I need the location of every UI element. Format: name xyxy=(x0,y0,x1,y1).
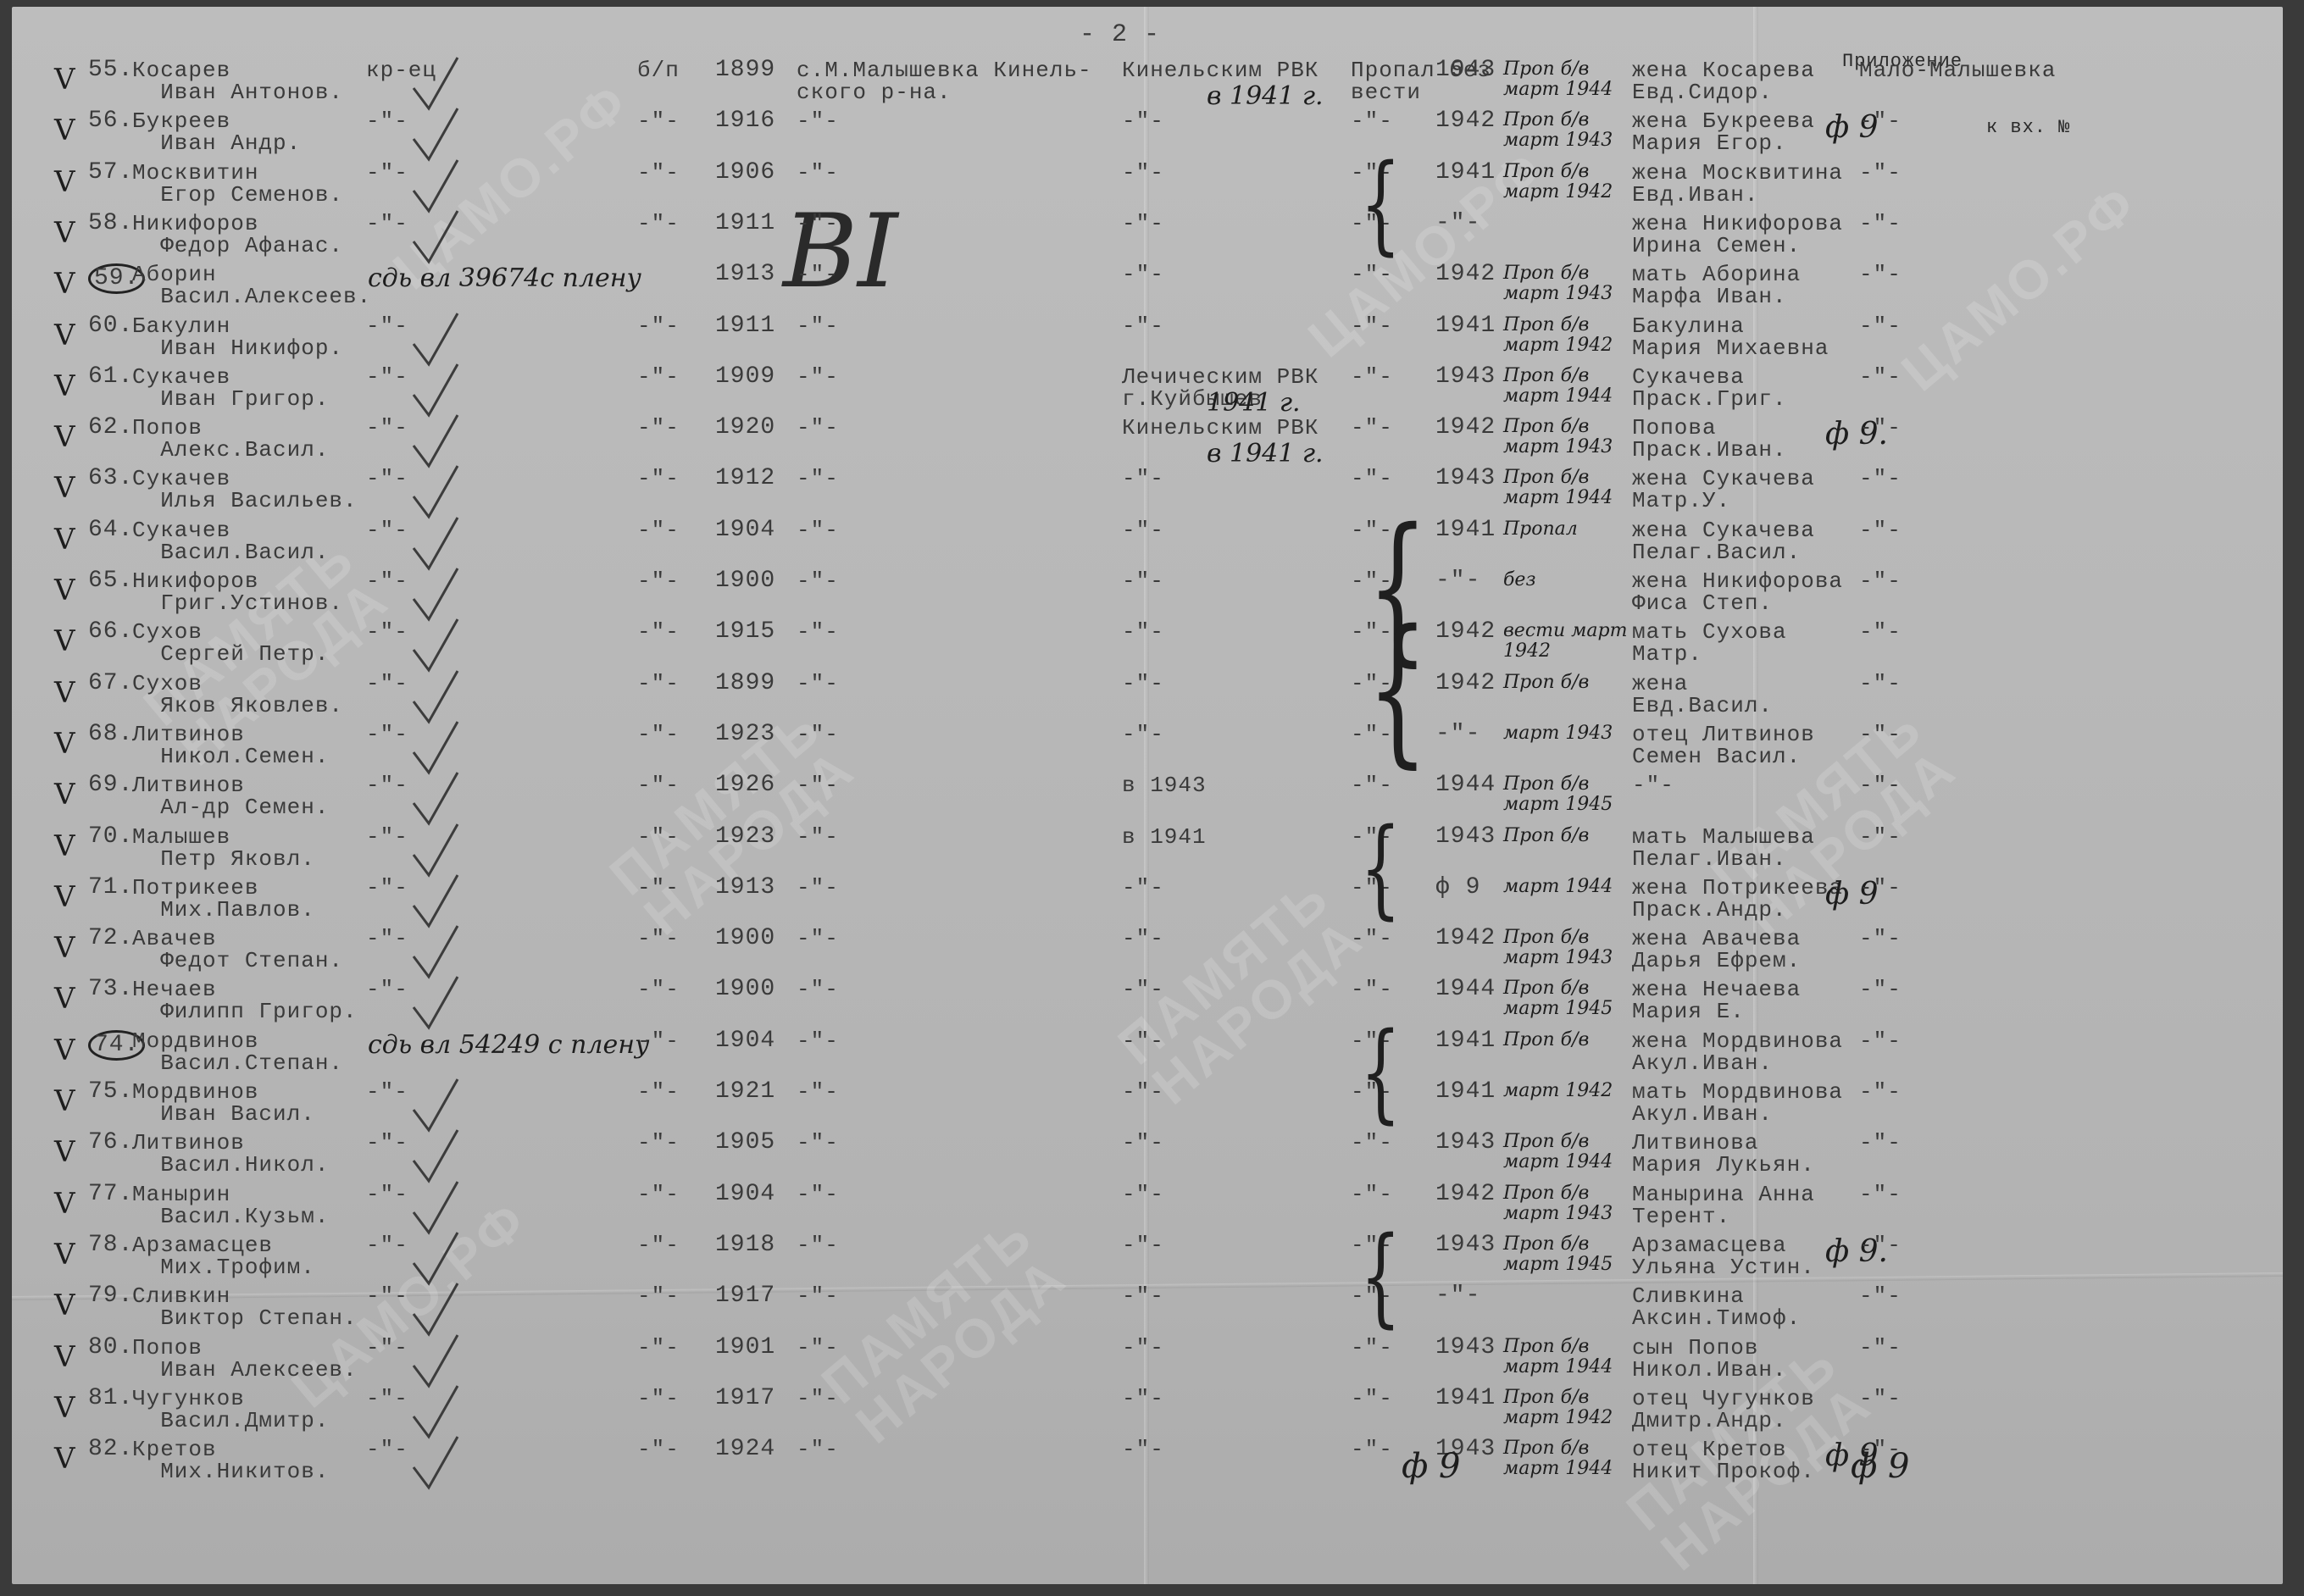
draft-office: Кинельским РВК xyxy=(1122,417,1319,439)
draft-office: -"- xyxy=(1122,1337,1164,1359)
row-number: 78. xyxy=(88,1234,133,1256)
kin-village: -"- xyxy=(1859,1337,1901,1359)
draft-office: -"- xyxy=(1122,1438,1164,1460)
missing-year: 1943 xyxy=(1435,1132,1496,1154)
kin-village: -"- xyxy=(1859,315,1901,337)
draft-year-note: в 1941 г. xyxy=(1207,81,1324,111)
handwritten-status-note: без xyxy=(1503,570,1630,590)
soldier-name: Авачев Федот Степан. xyxy=(132,928,343,972)
social-status: -"- xyxy=(366,1388,408,1410)
missing-status: -"- xyxy=(1351,110,1393,132)
row-number: 58. xyxy=(88,213,133,235)
birthplace: -"- xyxy=(797,978,839,1000)
birth-year: 1915 xyxy=(715,621,775,643)
draft-office: в 1943 xyxy=(1122,774,1207,796)
review-mark: V xyxy=(54,931,75,965)
draft-office: -"- xyxy=(1122,162,1164,184)
soldier-name: Литвинов Васил.Никол. xyxy=(132,1132,329,1176)
draft-office: -"- xyxy=(1122,263,1164,285)
soldier-name: Кретов Мих.Никитов. xyxy=(132,1438,329,1482)
birth-year: 1900 xyxy=(715,928,775,950)
birthplace: -"- xyxy=(797,315,839,337)
soldier-name: Бакулин Иван Никифор. xyxy=(132,315,343,359)
draft-office: -"- xyxy=(1122,621,1164,643)
soldier-name: Литвинов Никол.Семен. xyxy=(132,723,329,768)
kin-village: -"- xyxy=(1859,519,1901,541)
soldier-name: Сухов Сергей Петр. xyxy=(132,621,329,665)
draft-office: -"- xyxy=(1122,519,1164,541)
row-number: 63. xyxy=(88,468,133,490)
footer-note: ф 9 xyxy=(1402,1447,1460,1486)
draft-office: -"- xyxy=(1122,673,1164,695)
missing-year: 1943 xyxy=(1435,826,1496,848)
social-status: -"- xyxy=(366,213,408,235)
kin-village: -"- xyxy=(1859,366,1901,388)
missing-year: 1943 xyxy=(1435,1337,1496,1359)
birthplace: -"- xyxy=(797,877,839,899)
missing-year: 1941 xyxy=(1435,1030,1496,1052)
table-row: V77.Манырин Васил.Кузьм.-"--"-1904-"--"-… xyxy=(12,1183,2283,1234)
table-row: V73.Нечаев Филипп Григор.-"--"-1900-"--"… xyxy=(12,978,2283,1029)
birth-year: 1904 xyxy=(715,519,775,541)
review-mark: V xyxy=(54,267,75,301)
social-status: -"- xyxy=(366,673,408,695)
social-status: -"- xyxy=(366,928,408,950)
missing-year: 1941 xyxy=(1435,1388,1496,1410)
handwritten-status-note: Проп б/в март 1944 xyxy=(1503,1337,1630,1377)
soldier-name: Сукачев Иван Григор. xyxy=(132,366,329,410)
party-status: -"- xyxy=(637,366,680,388)
draft-office: -"- xyxy=(1122,110,1164,132)
next-of-kin: мать Аборина Марфа Иван. xyxy=(1632,263,1801,308)
row-number: 55. xyxy=(88,59,133,81)
row-number: 56. xyxy=(88,110,133,132)
draft-office: -"- xyxy=(1122,315,1164,337)
social-status: -"- xyxy=(366,1285,408,1307)
kin-village: -"- xyxy=(1859,826,1901,848)
birthplace: -"- xyxy=(797,928,839,950)
social-status: -"- xyxy=(366,1234,408,1256)
party-status: -"- xyxy=(637,315,680,337)
birthplace: -"- xyxy=(797,1438,839,1460)
birth-year: 1917 xyxy=(715,1285,775,1307)
group-brace: { xyxy=(1360,1018,1401,1126)
social-status: -"- xyxy=(366,417,408,439)
kin-village: -"- xyxy=(1859,263,1901,285)
missing-status: -"- xyxy=(1351,978,1393,1000)
draft-year-note: в 1941 г. xyxy=(1207,439,1324,468)
soldier-name: Косарев Иван Антонов. xyxy=(132,59,343,103)
table-row: V71.Потрикеев Мих.Павлов.-"--"-1913-"--"… xyxy=(12,877,2283,928)
birthplace: -"- xyxy=(797,468,839,490)
next-of-kin: Литвинова Мария Лукьян. xyxy=(1632,1132,1815,1176)
party-status: -"- xyxy=(637,1388,680,1410)
soldier-name: Москвитин Егор Семенов. xyxy=(132,162,343,206)
missing-status: -"- xyxy=(1351,928,1393,950)
social-status: -"- xyxy=(366,1337,408,1359)
review-mark: V xyxy=(54,165,75,199)
draft-office: -"- xyxy=(1122,1183,1164,1205)
missing-year: 1941 xyxy=(1435,519,1496,541)
party-status: -"- xyxy=(637,1337,680,1359)
row-number: 70. xyxy=(88,826,133,848)
next-of-kin: Сливкина Аксин.Тимоф. xyxy=(1632,1285,1801,1329)
soldier-name: Сукачев Васил.Васил. xyxy=(132,519,329,563)
kin-village: -"- xyxy=(1859,110,1901,132)
missing-year: 1942 xyxy=(1435,928,1496,950)
review-mark: V xyxy=(54,369,75,403)
next-of-kin: мать Малышева Пелаг.Иван. xyxy=(1632,826,1815,870)
handwritten-status-note: Проп б/в xyxy=(1503,1030,1630,1050)
row-number: 67. xyxy=(88,673,133,695)
birthplace: -"- xyxy=(797,1030,839,1052)
row-number: 82. xyxy=(88,1438,133,1460)
review-mark: V xyxy=(54,1034,75,1067)
table-row: V80.Попов Иван Алексеев.-"--"-1901-"--"-… xyxy=(12,1337,2283,1388)
social-status: -"- xyxy=(366,570,408,592)
next-of-kin: жена Потрикеева Праск.Андр. xyxy=(1632,877,1843,921)
row-number: 81. xyxy=(88,1388,133,1410)
kin-village: -"- xyxy=(1859,468,1901,490)
next-of-kin: жена Косарева Евд.Сидор. xyxy=(1632,59,1815,103)
kin-village: -"- xyxy=(1859,1132,1901,1154)
soldier-name: Никифоров Григ.Устинов. xyxy=(132,570,343,614)
missing-year: 1942 xyxy=(1435,263,1496,285)
table-row: V61.Сукачев Иван Григор.-"--"-1909-"-Леч… xyxy=(12,366,2283,417)
review-mark: V xyxy=(54,114,75,147)
row-number: 75. xyxy=(88,1081,133,1103)
review-mark: V xyxy=(54,1238,75,1272)
birth-year: 1900 xyxy=(715,978,775,1000)
table-row: V66.Сухов Сергей Петр.-"--"-1915-"--"--"… xyxy=(12,621,2283,672)
next-of-kin: мать Сухова Матр. xyxy=(1632,621,1787,665)
next-of-kin: отец Литвинов Семен Васил. xyxy=(1632,723,1815,768)
soldier-name: Мордвинов Иван Васил. xyxy=(132,1081,315,1125)
table-row: V70.Малышев Петр Яковл.-"--"-1923-"-в 19… xyxy=(12,826,2283,877)
handwritten-status-note: март 1942 xyxy=(1503,1081,1630,1101)
handwritten-status-note: Проп б/в март 1943 xyxy=(1503,263,1630,304)
birthplace: -"- xyxy=(797,366,839,388)
table-row: V78.Арзамасцев Мих.Трофим.-"--"-1918-"--… xyxy=(12,1234,2283,1285)
handwritten-status-note: март 1944 xyxy=(1503,877,1630,897)
next-of-kin: Манырина Анна Терент. xyxy=(1632,1183,1815,1227)
handwritten-status-note: Проп б/в март 1944 xyxy=(1503,468,1630,508)
social-status: -"- xyxy=(366,877,408,899)
kin-village: -"- xyxy=(1859,621,1901,643)
birth-year: 1911 xyxy=(715,213,775,235)
birth-year: 1916 xyxy=(715,110,775,132)
birthplace: -"- xyxy=(797,1132,839,1154)
party-status: -"- xyxy=(637,673,680,695)
table-row: V68.Литвинов Никол.Семен.-"--"-1923-"--"… xyxy=(12,723,2283,774)
soldier-name: Сукачев Илья Васильев. xyxy=(132,468,358,512)
review-mark: V xyxy=(54,624,75,658)
kin-village: -"- xyxy=(1859,1030,1901,1052)
row-number: 60. xyxy=(88,315,133,337)
review-mark: V xyxy=(54,216,75,250)
review-mark: V xyxy=(54,1391,75,1425)
table-row: V63.Сукачев Илья Васильев.-"--"-1912-"--… xyxy=(12,468,2283,518)
social-status: -"- xyxy=(366,110,408,132)
soldier-name: Нечаев Филипп Григор. xyxy=(132,978,358,1022)
party-status: -"- xyxy=(637,417,680,439)
party-status: -"- xyxy=(637,877,680,899)
row-number: 65. xyxy=(88,570,133,592)
party-status: -"- xyxy=(637,570,680,592)
table-row: V72.Авачев Федот Степан.-"--"-1900-"--"-… xyxy=(12,928,2283,978)
missing-year: 1942 xyxy=(1435,673,1496,695)
review-mark: V xyxy=(54,676,75,710)
review-mark: V xyxy=(54,420,75,454)
draft-office: -"- xyxy=(1122,1285,1164,1307)
social-status: -"- xyxy=(366,162,408,184)
birthplace: -"- xyxy=(797,621,839,643)
kin-village: -"- xyxy=(1859,673,1901,695)
missing-year: 1942 xyxy=(1435,110,1496,132)
social-status: -"- xyxy=(366,1183,408,1205)
birthplace: -"- xyxy=(797,1388,839,1410)
birth-year: 1918 xyxy=(715,1234,775,1256)
row-number: 64. xyxy=(88,519,133,541)
birthplace: -"- xyxy=(797,519,839,541)
missing-year: 1943 xyxy=(1435,468,1496,490)
missing-year: 1943 xyxy=(1435,366,1496,388)
birth-year: 1913 xyxy=(715,877,775,899)
party-status: -"- xyxy=(637,1438,680,1460)
table-row: V76.Литвинов Васил.Никол.-"--"-1905-"--"… xyxy=(12,1132,2283,1183)
missing-year: 1941 xyxy=(1435,1081,1496,1103)
missing-status: -"- xyxy=(1351,315,1393,337)
handwritten-status-note: Проп б/в март 1944 xyxy=(1503,59,1630,100)
kin-village: -"- xyxy=(1859,570,1901,592)
social-status: -"- xyxy=(366,1438,408,1460)
table-row: V59.Аборин Васил.Алексеев.сдь вл 39674с … xyxy=(12,263,2283,314)
kin-village: -"- xyxy=(1859,1081,1901,1103)
birth-year: 1921 xyxy=(715,1081,775,1103)
draft-office: -"- xyxy=(1122,1388,1164,1410)
social-status: -"- xyxy=(366,621,408,643)
next-of-kin: жена Авачева Дарья Ефрем. xyxy=(1632,928,1801,972)
kin-village: -"- xyxy=(1859,162,1901,184)
row-number: 68. xyxy=(88,723,133,745)
missing-status: -"- xyxy=(1351,1337,1393,1359)
review-mark: V xyxy=(54,1288,75,1322)
missing-year: -"- xyxy=(1435,723,1480,745)
party-status: -"- xyxy=(637,519,680,541)
row-number: 76. xyxy=(88,1132,133,1154)
review-mark: V xyxy=(54,523,75,557)
birthplace: -"- xyxy=(797,110,839,132)
social-status: -"- xyxy=(366,978,408,1000)
birth-year: 1923 xyxy=(715,723,775,745)
row-number: 72. xyxy=(88,928,133,950)
kin-village: -"- xyxy=(1859,213,1901,235)
handwritten-status-note: Проп б/в март 1942 xyxy=(1503,162,1630,202)
birthplace: -"- xyxy=(797,570,839,592)
soldier-name: Арзамасцев Мих.Трофим. xyxy=(132,1234,315,1278)
missing-year: ф 9 xyxy=(1435,877,1480,899)
draft-office: -"- xyxy=(1122,1132,1164,1154)
draft-office: -"- xyxy=(1122,723,1164,745)
missing-status: -"- xyxy=(1351,1183,1393,1205)
party-status: -"- xyxy=(637,978,680,1000)
row-number: 62. xyxy=(88,417,133,439)
row-number: 71. xyxy=(88,877,133,899)
soldier-name: Никифоров Федор Афанас. xyxy=(132,213,343,257)
next-of-kin: жена Сукачева Пелаг.Васил. xyxy=(1632,519,1815,563)
party-status: -"- xyxy=(637,110,680,132)
birth-year: 1905 xyxy=(715,1132,775,1154)
party-status: -"- xyxy=(637,213,680,235)
party-status: -"- xyxy=(637,1285,680,1307)
birthplace: -"- xyxy=(797,673,839,695)
review-mark: V xyxy=(54,63,75,97)
missing-year: 1942 xyxy=(1435,417,1496,439)
missing-status: -"- xyxy=(1351,263,1393,285)
review-mark: V xyxy=(54,1135,75,1169)
draft-office: -"- xyxy=(1122,468,1164,490)
soldier-name: Попов Алекс.Васил. xyxy=(132,417,329,461)
review-mark: V xyxy=(54,727,75,761)
table-row: V82.Кретов Мих.Никитов.-"--"-1924-"--"--… xyxy=(12,1438,2283,1489)
row-number: 79. xyxy=(88,1285,133,1307)
handwritten-status-note: Проп б/в март 1945 xyxy=(1503,774,1630,815)
group-brace: { xyxy=(1367,609,1429,770)
social-status: -"- xyxy=(366,1132,408,1154)
party-status: б/п xyxy=(637,59,680,81)
table-row: V79.Сливкин Виктор Степан.-"--"-1917-"--… xyxy=(12,1285,2283,1336)
draft-office: -"- xyxy=(1122,1234,1164,1256)
handwritten-status-note: Проп б/в март 1945 xyxy=(1503,1234,1630,1275)
missing-year: 1944 xyxy=(1435,978,1496,1000)
handwritten-status-note: Проп б/в март 1945 xyxy=(1503,978,1630,1019)
missing-year: 1943 xyxy=(1435,1234,1496,1256)
table-row: V81.Чугунков Васил.Дмитр.-"--"-1917-"--"… xyxy=(12,1388,2283,1438)
soldier-name: Сухов Яков Яковлев. xyxy=(132,673,343,717)
review-mark: V xyxy=(54,1340,75,1374)
birth-year: 1899 xyxy=(715,673,775,695)
party-status: -"- xyxy=(637,826,680,848)
birth-year: 1900 xyxy=(715,570,775,592)
party-status: -"- xyxy=(637,1183,680,1205)
draft-office: -"- xyxy=(1122,928,1164,950)
table-row: V58.Никифоров Федор Афанас.-"--"-1911-"-… xyxy=(12,213,2283,263)
party-status: -"- xyxy=(637,928,680,950)
draft-office: Кинельским РВК xyxy=(1122,59,1319,81)
handwritten-status-note: Проп б/в март 1943 xyxy=(1503,417,1630,457)
missing-status: -"- xyxy=(1351,1438,1393,1460)
review-mark: V xyxy=(54,778,75,812)
social-status: -"- xyxy=(366,1081,408,1103)
table-row: V56.Букреев Иван Андр.-"--"-1916-"--"--"… xyxy=(12,110,2283,161)
birth-year: 1924 xyxy=(715,1438,775,1460)
table-row: V60.Бакулин Иван Никифор.-"--"-1911-"--"… xyxy=(12,315,2283,366)
next-of-kin: Бакулина Мария Михаевна xyxy=(1632,315,1829,359)
review-mark: V xyxy=(54,1084,75,1118)
party-status: -"- xyxy=(637,1030,680,1052)
handwritten-status-note: Проп б/в март 1942 xyxy=(1503,315,1630,356)
table-row: V55.Косарев Иван Антонов.кр-ецб/п1899с.М… xyxy=(12,59,2283,110)
missing-status: -"- xyxy=(1351,1388,1393,1410)
next-of-kin: жена Москвитина Евд.Иван. xyxy=(1632,162,1843,206)
missing-year: 1943 xyxy=(1435,59,1496,81)
missing-year: 1942 xyxy=(1435,621,1496,643)
handwritten-unit-note: сдь вл 39674с плену xyxy=(368,263,641,293)
social-status: -"- xyxy=(366,774,408,796)
next-of-kin: сын Попов Никол.Иван. xyxy=(1632,1337,1787,1381)
social-status: -"- xyxy=(366,468,408,490)
party-status: -"- xyxy=(637,1081,680,1103)
group-brace: { xyxy=(1360,150,1401,258)
handwritten-status-note: Проп б/в март 1942 xyxy=(1503,1388,1630,1428)
party-status: -"- xyxy=(637,468,680,490)
handwritten-status-note: Проп б/в xyxy=(1503,673,1630,693)
table-row: V74.Мордвинов Васил.Степан.сдь вл 54249 … xyxy=(12,1030,2283,1081)
next-of-kin: жена Букреева Мария Егор. xyxy=(1632,110,1815,154)
handwritten-status-note: Проп б/в март 1944 xyxy=(1503,1438,1630,1479)
handwritten-status-note: Проп б/в март 1943 xyxy=(1503,110,1630,151)
soldier-name: Литвинов Ал-др Семен. xyxy=(132,774,329,818)
review-mark: V xyxy=(54,319,75,352)
review-mark: V xyxy=(54,574,75,607)
next-of-kin: жена Нечаева Мария Е. xyxy=(1632,978,1801,1022)
review-mark: V xyxy=(54,829,75,863)
party-status: -"- xyxy=(637,1234,680,1256)
table-row: V62.Попов Алекс.Васил.-"--"-1920-"-Кинел… xyxy=(12,417,2283,468)
soldier-name: Аборин Васил.Алексеев. xyxy=(132,263,371,308)
birth-year: 1917 xyxy=(715,1388,775,1410)
missing-year: -"- xyxy=(1435,570,1480,592)
soldier-name: Букреев Иван Андр. xyxy=(132,110,301,154)
birthplace: -"- xyxy=(797,417,839,439)
soldier-name: Манырин Васил.Кузьм. xyxy=(132,1183,329,1227)
handwritten-status-note: март 1943 xyxy=(1503,723,1630,744)
row-number: 77. xyxy=(88,1183,133,1205)
next-of-kin: Арзамасцева Ульяна Устин. xyxy=(1632,1234,1815,1278)
handwritten-status-note: Проп б/в март 1944 xyxy=(1503,1132,1630,1172)
row-number: 80. xyxy=(88,1337,133,1359)
missing-year: 1941 xyxy=(1435,315,1496,337)
soldier-name: Мордвинов Васил.Степан. xyxy=(132,1030,343,1074)
table-row: V65.Никифоров Григ.Устинов.-"--"-1900-"-… xyxy=(12,570,2283,621)
document-page: ЦАМО.РФПАМЯТЬ НАРОДАЦАМО.РФПАМЯТЬ НАРОДА… xyxy=(12,7,2283,1584)
handwritten-status-note: Проп б/в март 1944 xyxy=(1503,366,1630,407)
next-of-kin: -"- xyxy=(1632,774,1674,796)
birth-year: 1899 xyxy=(715,59,775,81)
kin-village: -"- xyxy=(1859,417,1901,439)
missing-status: -"- xyxy=(1351,1132,1393,1154)
missing-status: -"- xyxy=(1351,366,1393,388)
page-number: - 2 - xyxy=(1080,24,1160,46)
next-of-kin: мать Мордвинова Акул.Иван. xyxy=(1632,1081,1843,1125)
party-status: -"- xyxy=(637,723,680,745)
social-status: -"- xyxy=(366,826,408,848)
next-of-kin: жена Сукачева Матр.У. xyxy=(1632,468,1815,512)
next-of-kin: жена Никифорова Фиса Степ. xyxy=(1632,570,1843,614)
draft-year-note: 1941 г. xyxy=(1207,388,1301,418)
party-status: -"- xyxy=(637,162,680,184)
missing-status: -"- xyxy=(1351,468,1393,490)
birth-year: 1911 xyxy=(715,315,775,337)
birthplace: -"- xyxy=(797,1285,839,1307)
birthplace: с.М.Малышевка Кинель- ского р-на. xyxy=(797,59,1092,103)
draft-office: -"- xyxy=(1122,1030,1164,1052)
missing-year: -"- xyxy=(1435,213,1480,235)
next-of-kin: жена Евд.Васил. xyxy=(1632,673,1773,717)
next-of-kin: отец Чугунков Дмитр.Андр. xyxy=(1632,1388,1815,1432)
birthplace: -"- xyxy=(797,774,839,796)
birth-year: 1906 xyxy=(715,162,775,184)
